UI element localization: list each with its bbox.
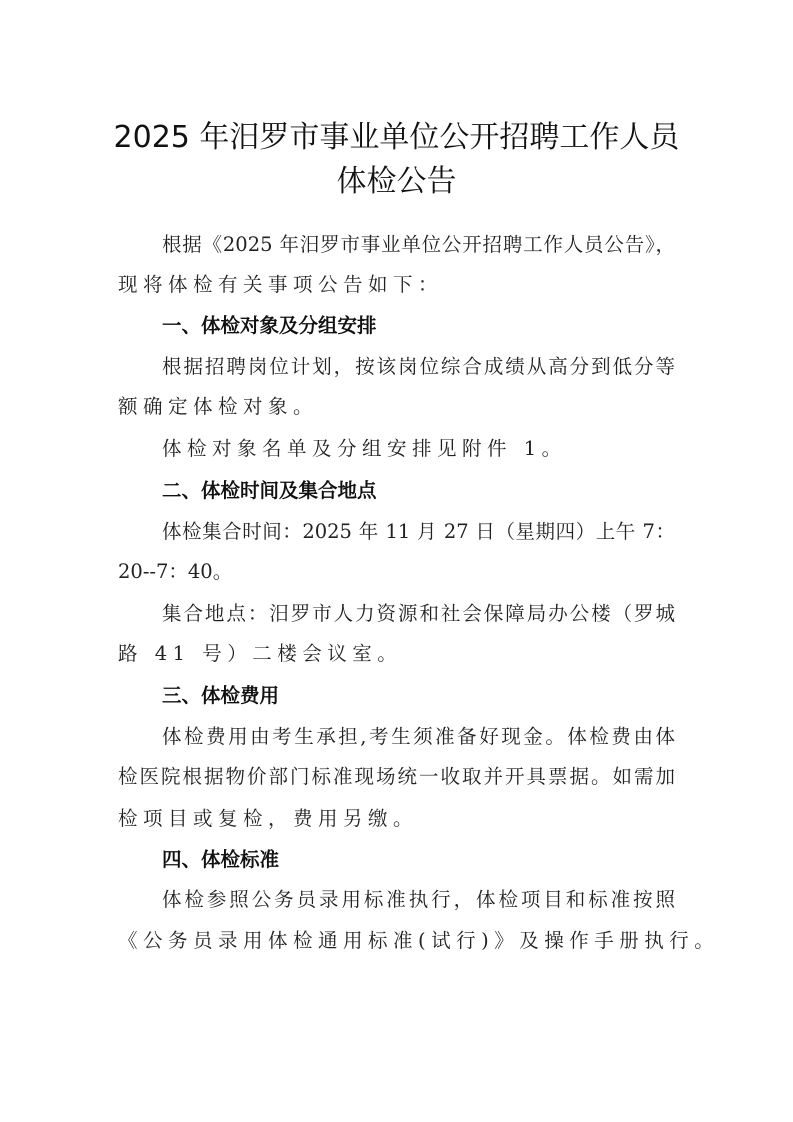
section-3-paragraph-1-line-3: 检项目或复检，费用另缴。 xyxy=(118,805,418,833)
section-4-paragraph-1-line-2: 《公务员录用体检通用标准(试行)》及操作手册执行。 xyxy=(118,927,719,955)
section-heading-3: 三、体检费用 xyxy=(162,682,279,710)
section-1-paragraph-2-line-1: 体检对象名单及分组安排见附件 1。 xyxy=(162,435,567,463)
section-2-paragraph-1-line-2: 20--7：40。 xyxy=(118,558,232,586)
section-3-paragraph-1-line-2: 检医院根据物价部门标准现场统一收取并开具票据。如需加 xyxy=(118,763,675,791)
section-2-paragraph-2-line-1: 集合地点：汨罗市人力资源和社会保障局办公楼（罗城 xyxy=(162,600,675,628)
section-3-paragraph-1-line-1: 体检费用由考生承担,考生须准备好现金。体检费由体 xyxy=(162,723,675,751)
section-heading-4: 四、体检标准 xyxy=(162,846,279,874)
section-heading-1: 一、体检对象及分组安排 xyxy=(162,312,377,340)
section-1-paragraph-1-line-2: 额确定体检对象。 xyxy=(118,393,318,421)
document-page: 2025 年汨罗市事业单位公开招聘工作人员 体检公告 根据《2025 年汨罗市事… xyxy=(0,0,793,1122)
section-2-paragraph-2-line-2: 路 41 号）二楼会议室。 xyxy=(118,640,402,668)
document-title-line-1: 2025 年汨罗市事业单位公开招聘工作人员 xyxy=(0,116,793,160)
document-title-line-2: 体检公告 xyxy=(0,160,793,204)
intro-paragraph-line-2: 现将体检有关事项公告如下： xyxy=(118,271,443,299)
section-1-paragraph-1-line-1: 根据招聘岗位计划，按该岗位综合成绩从高分到低分等 xyxy=(162,353,675,381)
section-4-paragraph-1-line-1: 体检参照公务员录用标准执行，体检项目和标准按照 xyxy=(162,886,675,914)
section-2-paragraph-1-line-1: 体检集合时间：2025 年 11 月 27 日（星期四）上午 7： xyxy=(162,518,675,546)
section-heading-2: 二、体检时间及集合地点 xyxy=(162,477,377,505)
intro-paragraph-line-1: 根据《2025 年汨罗市事业单位公开招聘工作人员公告》， xyxy=(162,231,675,259)
